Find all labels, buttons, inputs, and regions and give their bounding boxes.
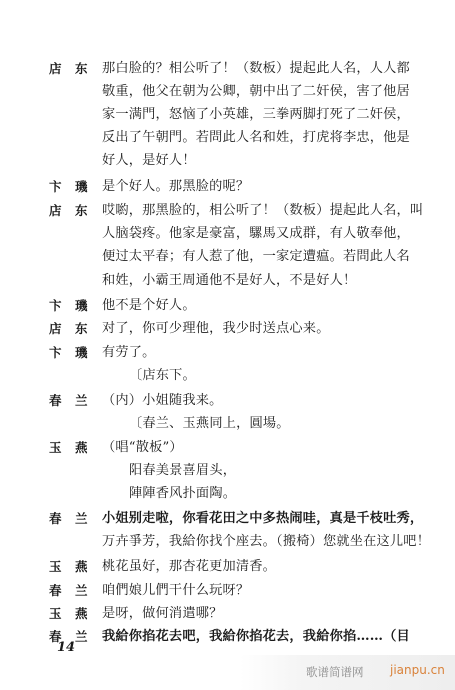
dialogue-text: 和姓，小霸王周通他不是好人，不是好人！ <box>102 270 356 292</box>
stage-direction-text: 〔店东下。 <box>129 365 196 387</box>
dialogue-text: 是呀，做何消遣哪？ <box>102 603 223 625</box>
dialogue-text: 反出了午朝門。若問此人名和姓，打虎将李忠，他是 <box>102 127 410 149</box>
page-number: 14 <box>57 640 75 655</box>
dialogue-text: （内）小姐随我来。 <box>102 390 223 412</box>
dialogue-text: 桃花虽好，那杏花更加清香。 <box>102 556 276 578</box>
dialogue-text: 对了，你可少理他，我少时送点心来。 <box>102 318 330 340</box>
dialogue-text: 便过太平春；有人惹了他，一家定遭瘟。若問此人名 <box>102 246 410 268</box>
watermark-site-name: 歌谱简谱网 <box>306 664 364 680</box>
script-page: 店东 那白脸的？相公听了！（数板）提起此人名，人人都 敬重，他父在朝为公卿，朝中… <box>0 0 455 690</box>
watermark-domain: jianpu.cn <box>390 663 445 677</box>
watermark: 歌谱简谱网 jianpu.cn <box>240 655 455 690</box>
dialogue-text: 有劳了。 <box>102 342 156 364</box>
song-text: 阳春美景喜眉头， <box>129 460 236 482</box>
dialogue-text: 哎喲，那黑脸的，相公听了！（数板）提起此人名，叫 <box>102 200 423 222</box>
dialogue-text: 咱們娘儿們干什么玩呀？ <box>102 580 249 602</box>
dialogue-text: （唱“散板”） <box>102 437 183 459</box>
song-text: 陣陣香风扑面陶。 <box>129 483 236 505</box>
dialogue-text: 人脑袋疼。他家是豪富，騾馬又成群，有人敬奉他， <box>102 223 410 245</box>
dialogue-text: 我給你掐花去吧，我給你掐花去，我給你掐……（目 <box>102 626 410 648</box>
stage-direction-text: 〔春兰、玉燕同上，圓場。 <box>129 413 290 435</box>
dialogue-text: 好人，是好人！ <box>102 150 196 172</box>
dialogue-text: 万卉爭芳，我給你找个座去。（搬椅）您就坐在这儿吧！ <box>102 531 430 553</box>
dialogue-text: 家一满門，怒恼了小英雄，三拳两脚打死了二奸侯， <box>102 104 410 126</box>
dialogue-text: 他不是个好人。 <box>102 295 196 317</box>
dialogue-text: 敬重，他父在朝为公卿，朝中出了二奸侯，害了他居 <box>102 81 410 103</box>
dialogue-text: 小姐别走啦，你看花田之中多热闹哇，真是千枝吐秀， <box>102 508 423 530</box>
dialogue-text: 是个好人。那黑脸的呢？ <box>102 176 249 198</box>
dialogue-text: 那白脸的？相公听了！（数板）提起此人名，人人都 <box>102 58 410 80</box>
